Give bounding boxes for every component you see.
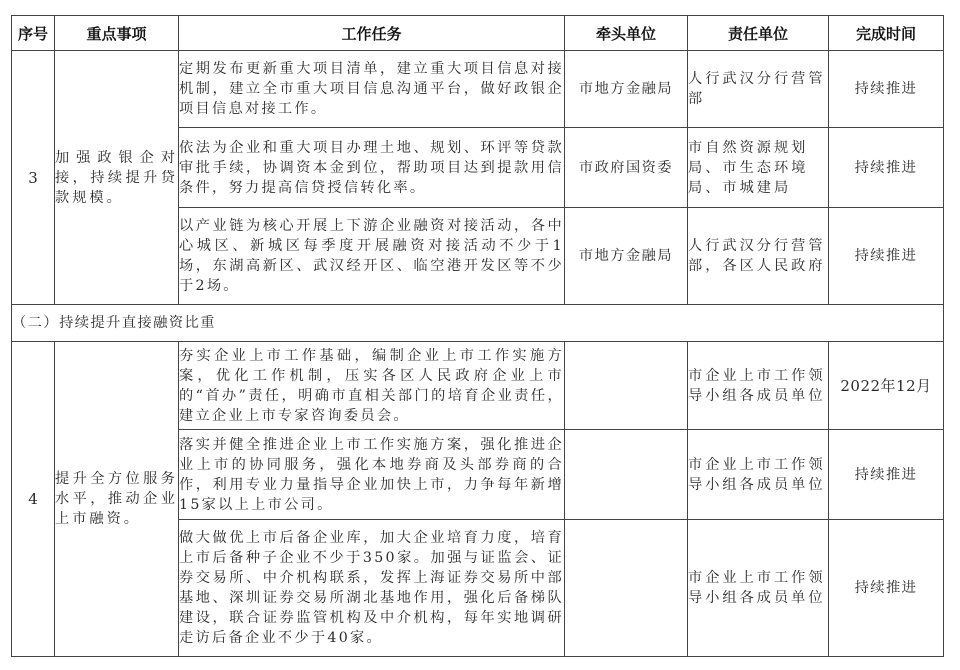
deadline: 持续推进 (829, 51, 944, 128)
row-index: 4 (12, 342, 55, 657)
lead-unit: 市地方金融局 (565, 51, 688, 128)
responsible-unit: 市企业上市工作领导小组各成员单位 (688, 342, 829, 430)
task-text: 定期发布更新重大项目清单，建立重大项目信息对接机制，建立全市重大项目信息沟通平台… (179, 51, 565, 128)
task-text: 依法为企业和重大项目办理土地、规划、环评等贷款审批手续，协调资本金到位，帮助项目… (179, 128, 565, 208)
key-item: 提升全方位服务水平，推动企业上市融资。 (55, 342, 179, 657)
task-text: 落实并健全推进企业上市工作实施方案，强化推进企业上市的协同服务，强化本地券商及头… (179, 430, 565, 520)
header-index: 序号 (12, 16, 55, 51)
deadline: 持续推进 (829, 128, 944, 208)
section-heading: （二）持续提升直接融资比重 (12, 305, 944, 342)
task-text: 做大做优上市后备企业库，加大企业培育力度，培育上市后备种子企业不少于350家。加… (179, 520, 565, 657)
header-responsible-unit: 责任单位 (688, 16, 829, 51)
lead-unit (565, 430, 688, 520)
responsible-unit: 市企业上市工作领导小组各成员单位 (688, 430, 829, 520)
row-index: 3 (12, 51, 55, 305)
lead-unit (565, 342, 688, 430)
header-row: 序号 重点事项 工作任务 牵头单位 责任单位 完成时间 (12, 16, 944, 51)
header-task: 工作任务 (179, 16, 565, 51)
deadline: 2022年12月 (829, 342, 944, 430)
lead-unit: 市地方金融局 (565, 208, 688, 305)
responsible-unit: 人行武汉分行营管部，各区人民政府 (688, 208, 829, 305)
header-lead-unit: 牵头单位 (565, 16, 688, 51)
responsible-unit: 市自然资源规划局、市生态环境局、市城建局 (688, 128, 829, 208)
work-task-table: 序号 重点事项 工作任务 牵头单位 责任单位 完成时间 3 加强政银企对接，持续… (11, 15, 944, 657)
responsible-unit: 市企业上市工作领导小组各成员单位 (688, 520, 829, 657)
deadline: 持续推进 (829, 208, 944, 305)
key-item: 加强政银企对接，持续提升贷款规模。 (55, 51, 179, 305)
table-row: 3 加强政银企对接，持续提升贷款规模。 定期发布更新重大项目清单，建立重大项目信… (12, 51, 944, 128)
header-key-item: 重点事项 (55, 16, 179, 51)
table-row: 4 提升全方位服务水平，推动企业上市融资。 夯实企业上市工作基础，编制企业上市工… (12, 342, 944, 430)
task-text: 以产业链为核心开展上下游企业融资对接活动，各中心城区、新城区每季度开展融资对接活… (179, 208, 565, 305)
header-deadline: 完成时间 (829, 16, 944, 51)
lead-unit: 市政府国资委 (565, 128, 688, 208)
section-row: （二）持续提升直接融资比重 (12, 305, 944, 342)
deadline: 持续推进 (829, 430, 944, 520)
task-text: 夯实企业上市工作基础，编制企业上市工作实施方案，优化工作机制，压实各区人民政府企… (179, 342, 565, 430)
deadline: 持续推进 (829, 520, 944, 657)
lead-unit (565, 520, 688, 657)
responsible-unit: 人行武汉分行营管部 (688, 51, 829, 128)
